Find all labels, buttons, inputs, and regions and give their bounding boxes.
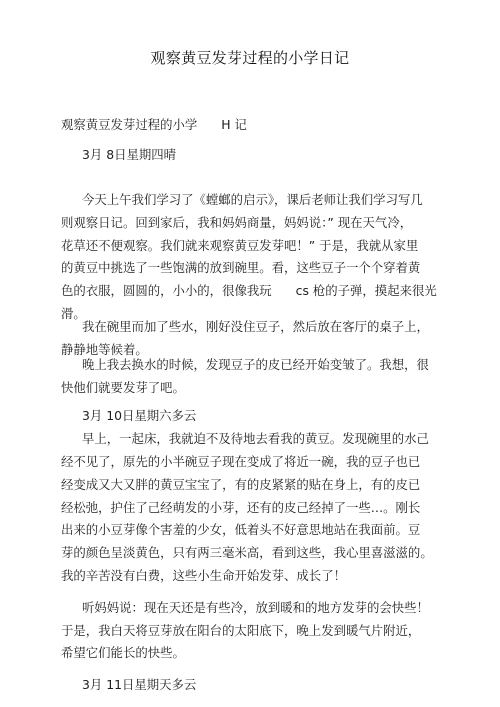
paragraph-line: 的黄豆中挑选了一些饱满的放到碗里。看，这些豆子一个个穿着黄 bbox=[61, 260, 420, 276]
entry-date: 3月 10日星期六多云 bbox=[82, 408, 196, 424]
paragraph-line-part: 色的衣服，圆圆的，小小的，很像我玩 bbox=[61, 283, 272, 298]
document-subtitle: 观察黄豆发芽过程的小学H 记 bbox=[61, 117, 247, 133]
document-page: 观察黄豆发芽过程的小学日记 观察黄豆发芽过程的小学H 记 3月 8日星期四晴 今… bbox=[0, 0, 500, 707]
paragraph-line: 静静地等候着。 bbox=[61, 342, 148, 358]
subtitle-text: 观察黄豆发芽过程的小学 bbox=[61, 117, 197, 132]
paragraph-line: 经不见了，原先的小半碗豆子现在变成了将近一碗，我的豆子也已 bbox=[61, 454, 420, 470]
paragraph-line: 经松弛，护住了己经萌发的小芽，还有的皮己经掉了一些…。刚长 bbox=[61, 500, 420, 516]
paragraph-line-part: cs 枪的子弹，摸起来很光 bbox=[296, 283, 437, 298]
paragraph-line: 芽的颜色呈淡黄色，只有两三毫米高，看到这些，我心里喜滋滋的。 bbox=[61, 545, 433, 561]
paragraph-line: 晚上我去换水的时候，发现豆子的皮已经开始变皱了。我想，很 bbox=[82, 357, 429, 373]
paragraph-line: 早上，一起床，我就迫不及待地去看我的黄豆。发现碗里的水己 bbox=[82, 431, 429, 447]
paragraph-line: 出来的小豆芽像个害羞的少女，低着头不好意思地站在我面前。豆 bbox=[61, 522, 420, 538]
entry-date: 3月 8日星期四晴 bbox=[82, 147, 176, 163]
subtitle-suffix: H 记 bbox=[221, 117, 247, 132]
document-title: 观察黄豆发芽过程的小学日记 bbox=[0, 47, 500, 68]
paragraph-line: 花草还不便观察。我们就来观察黄豆发芽吧！” 于是，我就从家里 bbox=[61, 238, 418, 254]
paragraph-line: 色的衣服，圆圆的，小小的，很像我玩cs 枪的子弹，摸起来很光 bbox=[61, 283, 437, 299]
paragraph-line: 于是，我白天将豆芽放在阳台的太阳底下，晚上发到暖气片附近， bbox=[61, 623, 420, 639]
paragraph-line: 经变成又大又胖的黄豆宝宝了，有的皮紧紧的贴在身上，有的皮已 bbox=[61, 477, 420, 493]
paragraph-line: 今天上午我们学习了《螳螂的启示》，课后老师让我们学习写几 bbox=[82, 192, 423, 208]
paragraph-line: 希望它们能长的快些。 bbox=[61, 645, 185, 661]
paragraph-line: 听妈妈说：现在天还是有些冷，放到暖和的地方发芽的会快些！ bbox=[82, 600, 429, 616]
paragraph-line: 我的辛苦没有白费，这些小生命开始发芽、成长了！ bbox=[61, 568, 346, 584]
paragraph-line: 则观察日记。回到家后，我和妈妈商量，妈妈说：” 现在天气冷， bbox=[61, 215, 412, 231]
paragraph-line: 快他们就要发芽了吧。 bbox=[61, 380, 185, 396]
entry-date: 3月 11日星期天多云 bbox=[82, 677, 196, 693]
paragraph-line: 我在碗里而加了些水，刚好没住豆子，然后放在客厅的桌子上， bbox=[82, 319, 429, 335]
